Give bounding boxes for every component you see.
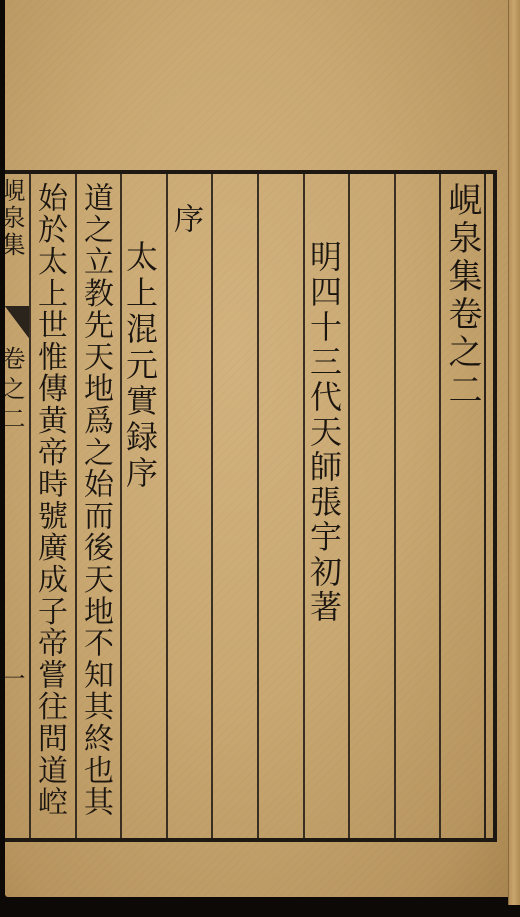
body-text-column-2: 始於太上世惟傳黄帝時號廣成子帝嘗往問道崆 xyxy=(34,182,64,818)
column-rule xyxy=(257,174,259,838)
book-spine-edge xyxy=(508,0,520,905)
fish-tail-mark xyxy=(5,306,29,338)
banxin-volume: 卷之二 xyxy=(5,346,29,436)
body-text-column-1: 道之立教先天地爲之始而後天地不知其終也其 xyxy=(80,182,110,818)
column-rule xyxy=(166,174,168,838)
essay-title-column: 太上混元實録序 xyxy=(124,240,156,492)
banxin-book-title: 峴泉集 xyxy=(5,178,29,259)
section-heading: 序 xyxy=(170,203,200,236)
frame-inner-rule xyxy=(484,174,486,838)
column-rule xyxy=(439,174,441,838)
column-rule xyxy=(211,174,213,838)
banxin-page-number: 一 xyxy=(5,666,29,690)
column-rule xyxy=(29,174,31,838)
block-center-strip: 峴泉集 卷之二 一 xyxy=(5,174,29,838)
column-rule xyxy=(394,174,396,838)
column-rule xyxy=(348,174,350,838)
column-rule xyxy=(75,174,77,838)
author-column: 明四十三代天師張宇初著 xyxy=(308,240,340,625)
volume-title-column: 峴泉集卷之二 xyxy=(445,182,479,410)
